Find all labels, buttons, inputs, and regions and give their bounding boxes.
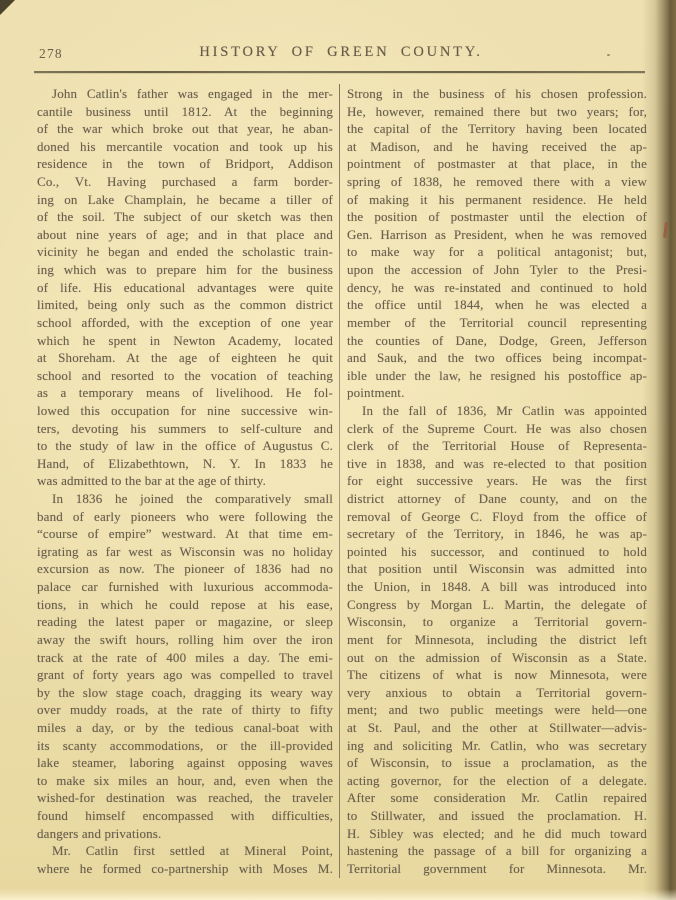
text-line: Hand, of Elizabethtown, N. Y. In 1833 he: [37, 455, 333, 473]
text-line: hastening the passage of a bill for orga…: [347, 842, 647, 860]
text-line: wished-for destination was reached, the …: [37, 789, 333, 807]
paragraph: John Catlin's father was engaged in the …: [37, 85, 333, 490]
text-line: member of the Territorial council repres…: [347, 314, 647, 332]
text-line: reading the latest paper or magazine, or…: [37, 613, 333, 631]
text-line: found himself encompassed with difficult…: [37, 807, 333, 825]
text-line: lowed this occupation for nine successiv…: [37, 402, 333, 420]
text-line: was admitted to the bar at the age of th…: [37, 472, 333, 490]
scan-bottom-edge: [0, 889, 676, 900]
text-line: limited, being only such as the common d…: [37, 296, 333, 314]
text-line: ment; and two public meetings were held—…: [347, 701, 647, 719]
text-line: school and resorted to the vocation of t…: [37, 367, 333, 385]
text-line: acting governor, for the election of a d…: [347, 772, 647, 790]
text-line: at St. Paul, and the other at Stillwater…: [347, 719, 647, 737]
text-line: dency, he was re-instated and continued …: [347, 279, 647, 297]
text-line: about nine years of age; and in that pla…: [37, 226, 333, 244]
text-line: and Sauk, and the two offices being inco…: [347, 349, 647, 367]
text-line: out on the admission of Wisconsin as a S…: [347, 649, 647, 667]
text-line: pointed his successor, and continued to …: [347, 543, 647, 561]
text-line: its scanty accommodations, or the ill-pr…: [37, 737, 333, 755]
paragraph: Strong in the business of his chosen pro…: [347, 85, 647, 402]
text-line: the position of postmaster until the ele…: [347, 208, 647, 226]
text-line: clerk of the Territorial House of Repres…: [347, 437, 647, 455]
text-line: over muddy roads, at the rate of thirty …: [37, 701, 333, 719]
text-line: ters, devoting his summers to self-cultu…: [37, 420, 333, 438]
text-line: In the fall of 1836, Mr Catlin was appoi…: [347, 402, 647, 420]
text-line: of Wisconsin, to issue a proclamation, a…: [347, 754, 647, 772]
text-line: tions, in which he could repose at his e…: [37, 596, 333, 614]
text-line: Congress by Morgan L. Martin, the delega…: [347, 596, 647, 614]
text-line: to Stillwater, and issued the proclamati…: [347, 807, 647, 825]
text-line: pointment.: [347, 384, 647, 402]
text-column-right: Strong in the business of his chosen pro…: [347, 85, 647, 877]
text-line: by the slow stage coach, dragging its we…: [37, 684, 333, 702]
text-line: ible under the law, he resigned his post…: [347, 367, 647, 385]
text-line: clerk of the Supreme Court. He was also …: [347, 420, 647, 438]
running-head-title: HISTORY OF GREEN COUNTY.: [36, 44, 646, 61]
text-line: Strong in the business of his chosen pro…: [347, 85, 647, 103]
text-line: of making it his permanent residence. He…: [347, 191, 647, 209]
text-line: of the war which broke out that year, he…: [37, 120, 333, 138]
text-line: In 1836 he joined the comparatively smal…: [37, 490, 333, 508]
paragraph: In the fall of 1836, Mr Catlin was appoi…: [347, 402, 647, 877]
text-line: at Shoreham. At the age of eighteen he q…: [37, 349, 333, 367]
text-line: Territorial government for Minnesota. Mr…: [347, 860, 647, 878]
text-line: lake steamer, laboring against opposing …: [37, 754, 333, 772]
text-line: ing which was to prepare him for the bus…: [37, 261, 333, 279]
text-line: He, however, remained there but two year…: [347, 103, 647, 121]
text-line: H. Sibley was elected; and he did much t…: [347, 825, 647, 843]
text-line: igrating as far west as Wisconsin was no…: [37, 543, 333, 561]
header-rule: [34, 71, 645, 73]
text-line: Mr. Catlin first settled at Mineral Poin…: [37, 842, 333, 860]
text-line: where he formed co-partnership with Mose…: [37, 860, 333, 878]
text-line: to make six miles an hour, and, even whe…: [37, 772, 333, 790]
column-divider-rule: [339, 84, 340, 878]
text-line: residence in the town of Bridport, Addis…: [37, 155, 333, 173]
text-line: school afforded, with the exception of o…: [37, 314, 333, 332]
text-line: spring of 1838, he removed there with a …: [347, 173, 647, 191]
text-line: vicinity he began and ended the scholast…: [37, 243, 333, 261]
text-line: secretary of the Territory, in 1846, he …: [347, 525, 647, 543]
paragraph: Mr. Catlin first settled at Mineral Poin…: [37, 842, 333, 877]
scan-corner-shadow: [0, 0, 15, 15]
text-line: The citizens of what is now Minnesota, w…: [347, 666, 647, 684]
book-gutter-shadow: [642, 0, 676, 900]
text-line: tive in 1838, and was re-elected to that…: [347, 455, 647, 473]
text-line: palace car furnished with luxurious acco…: [37, 578, 333, 596]
text-line: Wisconsin, to organize a Territorial gov…: [347, 613, 647, 631]
text-line: John Catlin's father was engaged in the …: [37, 85, 333, 103]
text-line: ing on Lake Champlain, he became a tille…: [37, 191, 333, 209]
text-line: the office until 1844, when he was elect…: [347, 296, 647, 314]
text-line: the Union, in 1848. A bill was introduce…: [347, 578, 647, 596]
text-line: pointment of postmaster at that place, i…: [347, 155, 647, 173]
paragraph: In 1836 he joined the comparatively smal…: [37, 490, 333, 842]
text-line: After some consideration Mr. Catlin repa…: [347, 789, 647, 807]
text-line: for eight successive years. He was the f…: [347, 472, 647, 490]
text-line: grant of forty years ago was compelled t…: [37, 666, 333, 684]
text-line: to the study of law in the office of Aug…: [37, 437, 333, 455]
text-line: ing and soliciting Mr. Catlin, who was s…: [347, 737, 647, 755]
text-line: track at the rate of 400 miles a day. Th…: [37, 649, 333, 667]
text-line: district attorney of Dane county, and on…: [347, 490, 647, 508]
text-line: the capital of the Territory having been…: [347, 120, 647, 138]
text-line: to make way for a political antagonist; …: [347, 243, 647, 261]
text-line: of life. His educational advantages were…: [37, 279, 333, 297]
text-column-left: John Catlin's father was engaged in the …: [37, 85, 333, 877]
text-line: that position until Wisconsin was admitt…: [347, 560, 647, 578]
text-line: ment for Minnesota, including the distri…: [347, 631, 647, 649]
text-line: cantile business until 1812. At the begi…: [37, 103, 333, 121]
text-line: which he spent in Newton Academy, locate…: [37, 332, 333, 350]
text-line: of the soil. The subject of our sketch w…: [37, 208, 333, 226]
text-line: the counties of Dane, Dodge, Green, Jeff…: [347, 332, 647, 350]
text-line: upon the accession of John Tyler to the …: [347, 261, 647, 279]
text-line: as a temporary means of livelihood. He f…: [37, 384, 333, 402]
scanned-book-page: { "page": { "number": "278", "title": "H…: [0, 0, 676, 900]
text-line: Gen. Harrison as President, when he was …: [347, 226, 647, 244]
text-line: away the swift hours, rolling him over t…: [37, 631, 333, 649]
text-line: excursion as now. The pioneer of 1836 ha…: [37, 560, 333, 578]
text-line: band of early pioneers who were followin…: [37, 508, 333, 526]
text-line: doned his mercantile vocation and took u…: [37, 138, 333, 156]
text-line: dangers and privations.: [37, 825, 333, 843]
text-line: miles a day, or by the tedious canal-boa…: [37, 719, 333, 737]
text-line: “course of empire” westward. At that tim…: [37, 525, 333, 543]
text-line: at Madison, and he having received the a…: [347, 138, 647, 156]
text-line: very anxious to obtain a Territorial gov…: [347, 684, 647, 702]
text-line: Co., Vt. Having purchased a farm border-: [37, 173, 333, 191]
text-line: removal of George C. Floyd from the offi…: [347, 508, 647, 526]
